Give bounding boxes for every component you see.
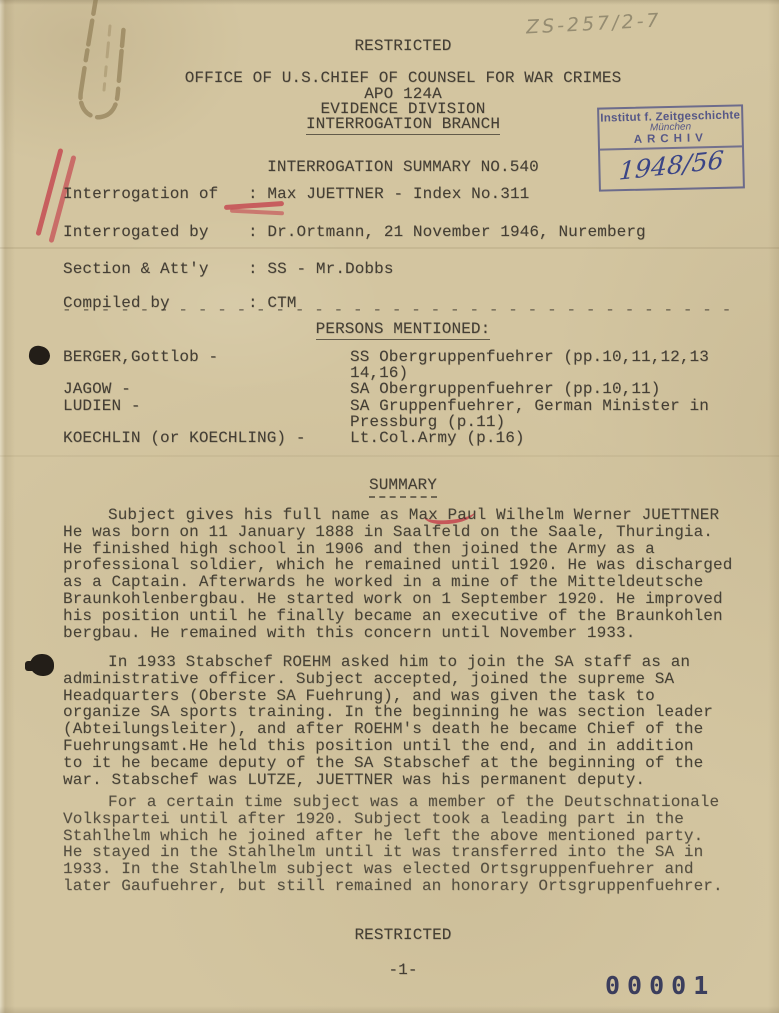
pencil-reference-note: ZS-257/2-7 (526, 9, 663, 38)
person-description: SA Obergruppenfuehrer (pp.10,11) (350, 381, 745, 397)
person-name: KOECHLIN (or KOECHLING) - (63, 430, 350, 446)
persons-list: BERGER,Gottlob - SS Obergruppenfuehrer (… (63, 349, 745, 446)
person-description: Lt.Col.Army (p.16) (350, 430, 745, 446)
scanned-document-page: ZS-257/2-7 Institut f. Zeitgeschichte Mü… (0, 0, 779, 1013)
person-row: LUDIEN - SA Gruppenfuehrer, German Minis… (63, 398, 745, 430)
ink-blob-mark (30, 654, 54, 676)
paper-crease (0, 455, 779, 457)
person-name: JAGOW - (63, 381, 350, 397)
meta-label: Interrogated by (63, 223, 248, 241)
typed-dashed-rule: - - - - - - - - - - - - - - - - - - - - … (62, 301, 752, 319)
branch-line: INTERROGATION BRANCH (65, 115, 741, 133)
person-name: LUDIEN - (63, 398, 350, 430)
classification-header: RESTRICTED (65, 37, 741, 55)
paper-crease (0, 247, 779, 249)
person-description: SS Obergruppenfuehrer (pp.10,11,12,13 14… (350, 349, 745, 381)
person-description: SA Gruppenfuehrer, German Minister in Pr… (350, 398, 745, 430)
meta-row-interrogated-by: Interrogated by : Dr.Ortmann, 21 Novembe… (63, 223, 646, 241)
summary-paragraph-3: For a certain time subject was a member … (63, 794, 769, 895)
ink-blob-mark (28, 345, 51, 367)
person-row: KOECHLIN (or KOECHLING) - Lt.Col.Army (p… (63, 430, 745, 446)
stamp-archiv-line: ARCHIV (600, 131, 742, 146)
red-slash-mark (35, 148, 63, 236)
classification-footer: RESTRICTED (65, 926, 741, 944)
serial-number-stamp: 00001 (605, 971, 715, 1000)
red-underline-mark (230, 209, 284, 216)
meta-row-section-atty: Section & Att'y : SS - Mr.Dobbs (63, 260, 394, 278)
persons-heading: PERSONS MENTIONED: (65, 320, 741, 338)
person-row: JAGOW - SA Obergruppenfuehrer (pp.10,11) (63, 381, 745, 397)
summary-number-line: INTERROGATION SUMMARY NO.540 (65, 158, 741, 176)
summary-heading: SUMMARY (65, 476, 741, 494)
meta-label: Interrogation of (63, 185, 248, 203)
meta-row-interrogation-of: Interrogation of : Max JUETTNER - Index … (63, 185, 529, 203)
person-name: BERGER,Gottlob - (63, 349, 350, 381)
summary-paragraph-2: In 1933 Stabschef ROEHM asked him to joi… (63, 654, 769, 788)
person-row: BERGER,Gottlob - SS Obergruppenfuehrer (… (63, 349, 745, 381)
meta-value: : SS - Mr.Dobbs (248, 260, 394, 278)
meta-value: : Dr.Ortmann, 21 November 1946, Nurember… (248, 223, 646, 241)
meta-value: : Max JUETTNER - Index No.311 (248, 185, 529, 203)
summary-paragraph-1: Subject gives his full name as Max Paul … (63, 507, 769, 641)
meta-label: Section & Att'y (63, 260, 248, 278)
